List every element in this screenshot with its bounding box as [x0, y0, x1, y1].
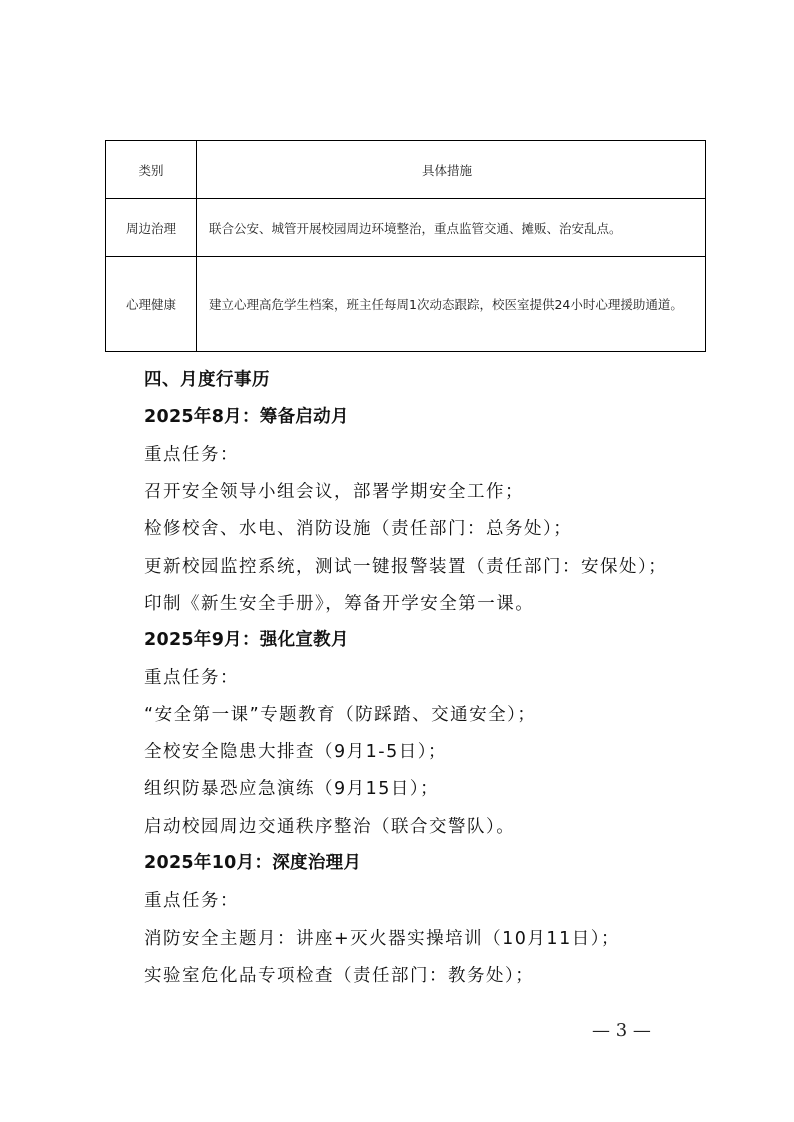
- row-category: 周边治理: [106, 199, 197, 257]
- header-category: 类别: [106, 141, 197, 199]
- header-measures: 具体措施: [197, 141, 706, 199]
- row-category: 心理健康: [106, 257, 197, 352]
- task-item: 召开安全领导小组会议，部署学期安全工作；: [144, 478, 524, 503]
- task-item: 实验室危化品专项检查（责任部门：教务处）；: [144, 962, 534, 987]
- month-heading: 2025年10月：深度治理月: [144, 849, 361, 874]
- task-item: 消防安全主题月：讲座+灭火器实操培训（10月11日）；: [144, 925, 620, 950]
- task-item: 启动校园周边交通秩序整治（联合交警队）。: [144, 813, 515, 838]
- section-title: 四、月度行事历: [144, 366, 270, 391]
- tasks-label: 重点任务：: [144, 887, 239, 912]
- table-row: 心理健康 建立心理高危学生档案，班主任每周1次动态跟踪，校医室提供24小时心理援…: [106, 257, 706, 352]
- row-measure: 联合公安、城管开展校园周边环境整治，重点监管交通、摊贩、治安乱点。: [197, 199, 706, 257]
- table-header-row: 类别 具体措施: [106, 141, 706, 199]
- row-measure: 建立心理高危学生档案，班主任每周1次动态跟踪，校医室提供24小时心理援助通道。: [197, 257, 706, 352]
- task-item: 全校安全隐患大排查（9月1-5日）；: [144, 738, 447, 763]
- measures-table: 类别 具体措施 周边治理 联合公安、城管开展校园周边环境整治，重点监管交通、摊贩…: [105, 140, 706, 352]
- task-item: 组织防暴恐应急演练（9月15日）；: [144, 775, 439, 800]
- tasks-label: 重点任务：: [144, 664, 239, 689]
- month-heading: 2025年8月：筹备启动月: [144, 403, 349, 428]
- task-item: 更新校园监控系统，测试一键报警装置（责任部门：安保处）；: [144, 553, 667, 578]
- page-number: — 3 —: [592, 1020, 651, 1041]
- task-item: 检修校舍、水电、消防设施（责任部门：总务处）；: [144, 515, 572, 540]
- month-heading: 2025年9月：强化宣教月: [144, 626, 349, 651]
- tasks-label: 重点任务：: [144, 441, 239, 466]
- task-item: 印制《新生安全手册》，筹备开学安全第一课。: [144, 590, 534, 615]
- table-row: 周边治理 联合公安、城管开展校园周边环境整治，重点监管交通、摊贩、治安乱点。: [106, 199, 706, 257]
- task-item: “安全第一课”专题教育（防踩踏、交通安全）；: [144, 701, 536, 726]
